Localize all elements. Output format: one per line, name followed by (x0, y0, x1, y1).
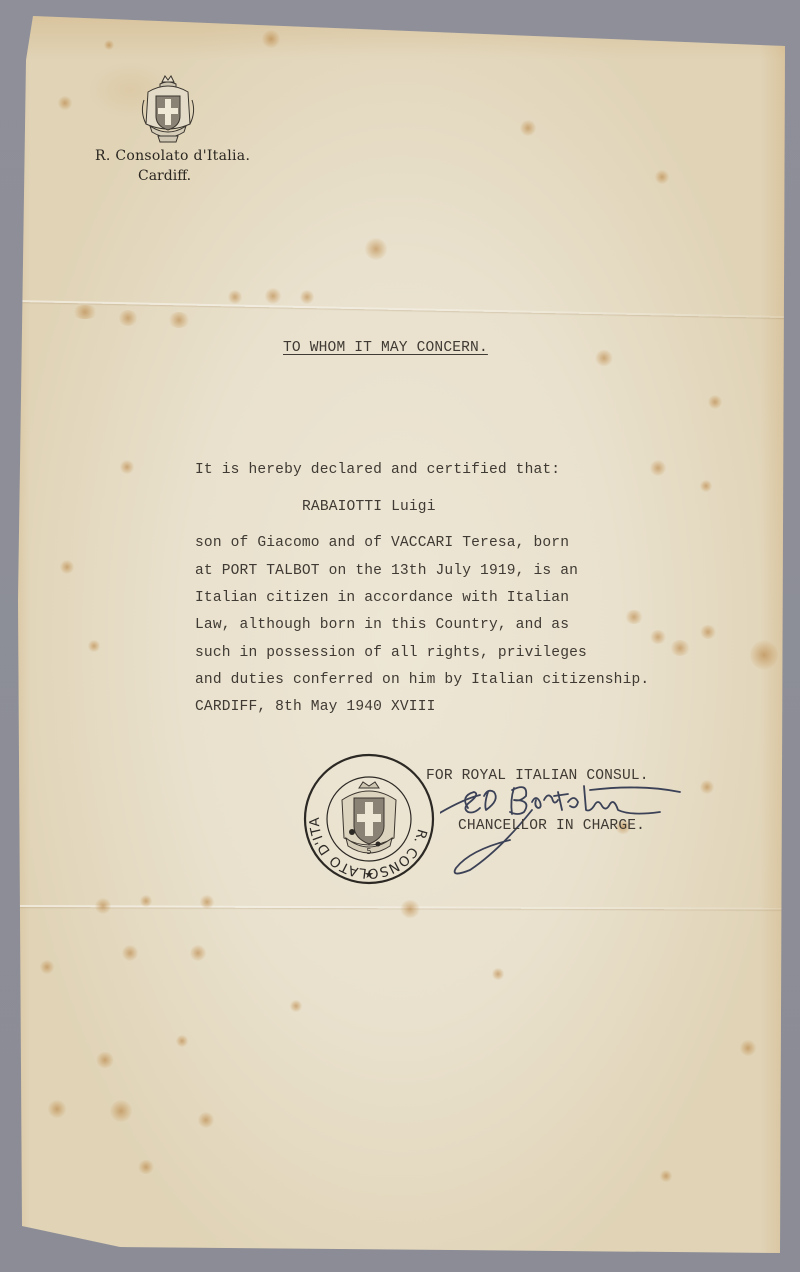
foxing-stain (96, 1052, 114, 1068)
foxing-stain (262, 30, 280, 48)
document-heading: TO WHOM IT MAY CONCERN. (283, 340, 488, 356)
body-line: and duties conferred on him by Italian c… (195, 672, 649, 688)
foxing-stain (625, 610, 643, 624)
foxing-stain (400, 900, 420, 918)
svg-text:★: ★ (364, 868, 374, 881)
foxing-stain (120, 460, 134, 474)
foxing-stain (140, 895, 152, 907)
foxing-stain (700, 625, 716, 639)
body-line: Italian citizen in accordance with Itali… (195, 590, 569, 606)
body-line: such in possession of all rights, privil… (195, 645, 587, 661)
body-line: son of Giacomo and of VACCARI Teresa, bo… (195, 535, 569, 551)
svg-text:5: 5 (366, 847, 371, 856)
foxing-stain (58, 96, 72, 110)
savoy-crest-icon (136, 72, 200, 148)
foxing-stain (190, 945, 206, 961)
foxing-stain (265, 288, 281, 304)
foxing-stain (176, 1035, 188, 1047)
letterhead-city: Cardiff. (138, 168, 191, 184)
foxing-stain (198, 1112, 214, 1128)
place-date: CARDIFF, 8th May 1940 XVIII (195, 699, 436, 715)
foxing-stain (138, 1160, 154, 1174)
body-line: at PORT TALBOT on the 13th July 1919, is… (195, 563, 578, 579)
foxing-stain (660, 1170, 672, 1182)
foxing-stain (740, 1040, 756, 1056)
foxing-stain (492, 968, 504, 980)
letterhead-consulate-name: R. Consolato d'Italia. (95, 148, 250, 164)
foxing-stain (365, 238, 387, 260)
foxing-stain (750, 640, 778, 670)
foxing-stain (72, 305, 98, 319)
foxing-stain (200, 895, 214, 909)
foxing-stain (122, 945, 138, 961)
foxing-stain (520, 120, 536, 136)
foxing-stain (708, 395, 722, 409)
foxing-stain (60, 560, 74, 574)
foxing-stain (104, 40, 114, 50)
foxing-stain (48, 1100, 66, 1118)
foxing-stain (700, 780, 714, 794)
signature-line-chancellor: CHANCELLOR IN CHARGE. (458, 818, 645, 834)
foxing-stain (88, 640, 100, 652)
foxing-stain (595, 350, 613, 366)
foxing-stain (95, 898, 111, 914)
foxing-stain (650, 460, 666, 476)
foxing-stain (650, 630, 666, 644)
foxing-stain (228, 290, 242, 304)
document-paper (0, 0, 800, 1272)
foxing-stain (168, 312, 190, 328)
foxing-stain (40, 960, 54, 974)
foxing-stain (118, 310, 138, 326)
foxing-stain (290, 1000, 302, 1012)
foxing-stain (700, 480, 712, 492)
intro-line: It is hereby declared and certified that… (195, 462, 560, 478)
foxing-stain (110, 1100, 132, 1122)
subject-name: RABAIOTTI Luigi (302, 499, 436, 515)
foxing-stain (300, 290, 314, 304)
foxing-stain (655, 170, 669, 184)
foxing-stain (670, 640, 690, 656)
body-line: Law, although born in this Country, and … (195, 617, 569, 633)
consulate-seal-icon: R. CONSOLATO D'ITALIA IN CARDIFF ★ 5 (302, 752, 436, 886)
